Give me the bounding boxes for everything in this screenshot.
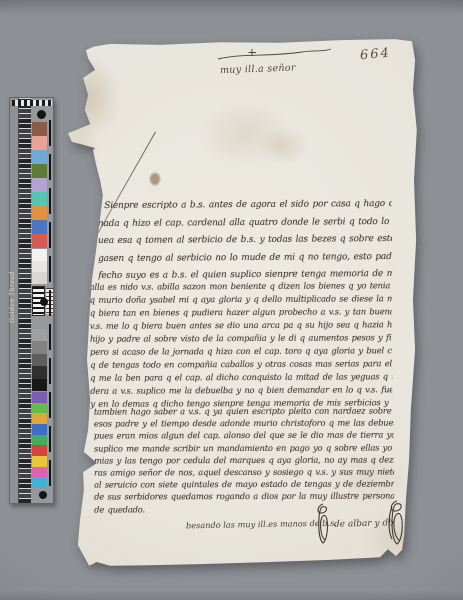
- color-patch: [32, 403, 47, 414]
- manuscript-line: ras amigo señor de nos, aquel descanso y…: [94, 466, 394, 479]
- manuscript-page: muy ill.a señor 664 / Sienpre escripto a…: [68, 38, 420, 570]
- color-patch: [32, 220, 47, 234]
- color-patch: [32, 392, 47, 403]
- color-patch: [32, 192, 47, 206]
- manuscript-line: / Sienpre escripto a b.s. antes de agora…: [98, 199, 392, 219]
- color-patch: [32, 150, 47, 164]
- gray-step-patches: [32, 329, 47, 391]
- color-patch: [32, 122, 47, 136]
- neutral-patch: [32, 261, 47, 273]
- manuscript-paragraph-3: tambien hago saber a v.s. q ya quien esc…: [94, 405, 394, 516]
- manuscript-line: nada q hizo el cap. cardenal alla quatro…: [98, 217, 392, 237]
- manuscript-line: pues eran mios algun del cap. alonso del…: [94, 430, 394, 443]
- rubric-flourish-icon: [314, 502, 332, 546]
- color-patch: [32, 477, 47, 488]
- manuscript-paragraph-1: / Sienpre escripto a b.s. antes de agora…: [98, 199, 393, 289]
- manuscript-paragraph-2: alla es nido v.s. abilla sazon mon benie…: [90, 280, 393, 412]
- manuscript-line: de quedado.: [94, 503, 394, 516]
- color-patch: [32, 435, 47, 446]
- gray-patch: [32, 329, 47, 341]
- neutral-wedge: [32, 249, 47, 284]
- checker-band: [12, 100, 52, 106]
- color-patch: [32, 164, 47, 178]
- rubric-flourish-icon: [386, 499, 408, 547]
- target-brand-label: Golden Thread: [10, 247, 16, 347]
- manuscript-line: gasen q tengo al serbicio no lo mude de …: [98, 252, 392, 272]
- invocation-cross-icon: [214, 46, 334, 64]
- color-patch: [32, 206, 47, 220]
- upper-color-patches: [32, 122, 47, 248]
- color-patch: [32, 445, 47, 456]
- manuscript-line: suplico me mande scribir un mandamiento …: [94, 442, 394, 455]
- color-patch: [32, 413, 47, 424]
- registration-dash-line: [49, 120, 51, 490]
- registration-dot-bottom: [39, 491, 47, 499]
- color-patch: [32, 178, 47, 192]
- gray-patch: [32, 366, 47, 378]
- color-patch: [32, 424, 47, 435]
- manuscript-line: tambien hago saber a v.s. q ya quien esc…: [94, 405, 394, 418]
- gray-patch: [32, 341, 47, 353]
- salutation-text: muy ill.a señor: [220, 62, 340, 76]
- registration-dot-middle: [40, 298, 48, 306]
- manuscript-line: de sus serbidores quedamos rogando a dio…: [94, 491, 394, 504]
- folio-number: 664: [359, 47, 391, 63]
- registration-dot-top: [37, 110, 46, 119]
- manuscript-line: mias y las tengo por cedula del marques …: [94, 454, 394, 467]
- manuscript-line: esos padre y el tiempo desde adonde muri…: [94, 418, 394, 431]
- color-patch: [32, 136, 47, 150]
- color-calibration-target: Golden Thread: [9, 97, 54, 504]
- color-patch: [32, 467, 47, 478]
- lower-color-patches: [32, 392, 47, 488]
- margin-mark-r: r: [84, 419, 88, 427]
- neutral-patch: [32, 249, 47, 261]
- manuscript-line: uea esa q tomen al serbicio de b.s. y to…: [98, 234, 392, 254]
- color-patch: [32, 234, 47, 248]
- neutral-patch: [32, 272, 47, 284]
- paper-shadow-wrap: muy ill.a señor 664 / Sienpre escripto a…: [0, 0, 463, 600]
- margin-mark-x: x: [81, 284, 86, 292]
- gray-patch: [32, 354, 47, 366]
- gray-patch: [32, 379, 47, 391]
- color-patch: [32, 456, 47, 467]
- manuscript-line: al seruicio con siete quintales de mayo …: [94, 479, 394, 492]
- archival-photo: Golden Thread muy ill.a señor 664 / Sien…: [0, 0, 463, 600]
